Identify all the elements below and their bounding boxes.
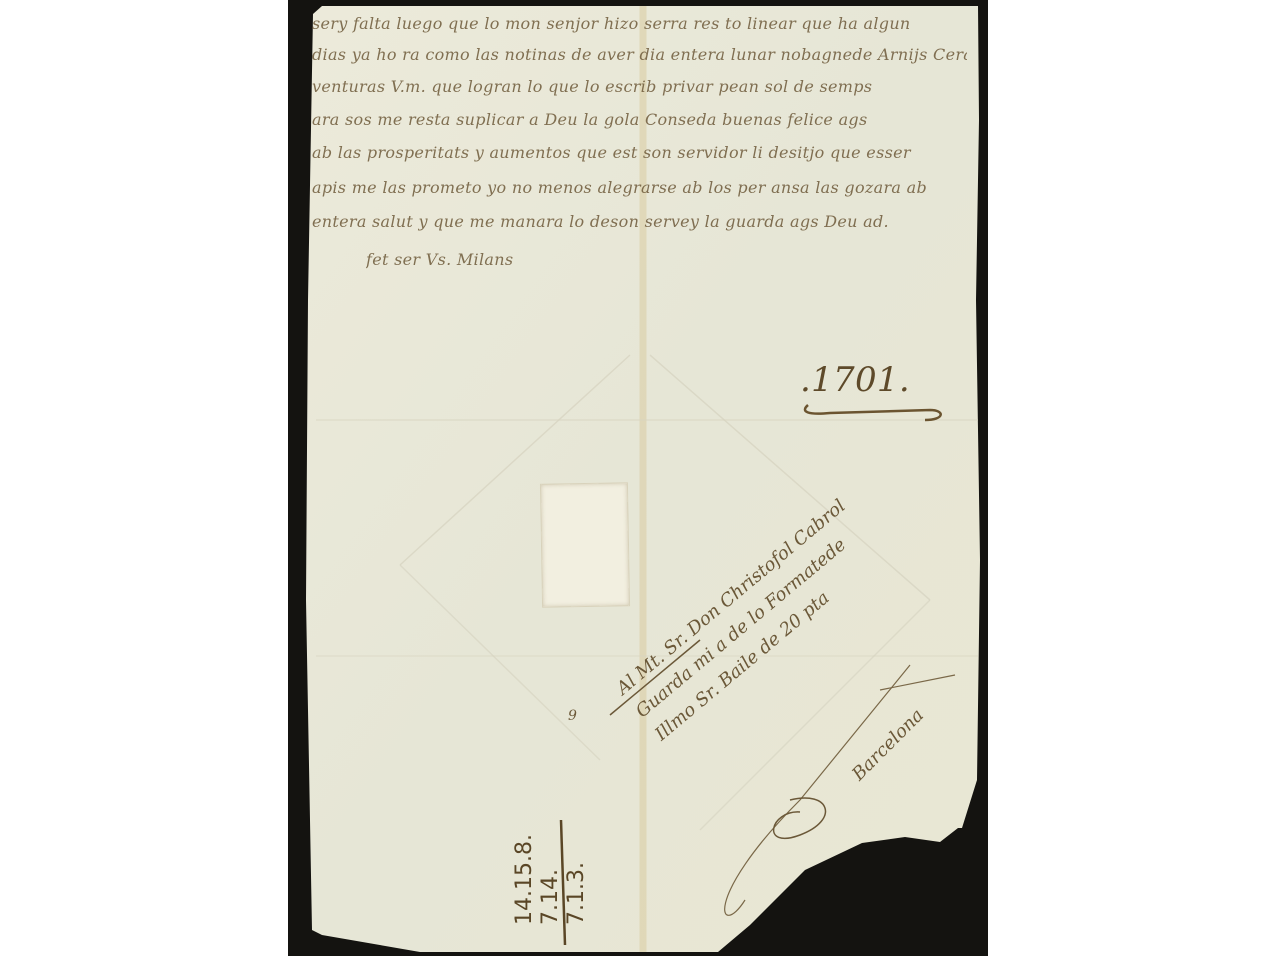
letter-line-4: ara sos me resta suplicar a Deu la gola … [312, 110, 967, 129]
margin-number-2: 7.14. [538, 834, 564, 925]
letter-line-6: apis me las prometo yo no menos alegrars… [312, 178, 967, 197]
letter-signature: fet ser Vs. Milans [366, 250, 666, 269]
letter-line-3: venturas V.m. que logran lo que lo escri… [312, 77, 967, 96]
year-annotation: .1701. [800, 360, 910, 400]
paper-patch [540, 482, 630, 608]
letter-line-7: entera salut y que me manara lo deson se… [312, 212, 967, 231]
page-mark: 9 [568, 708, 577, 724]
letter-paper: sery falta luego que lo mon senjor hizo … [0, 0, 1276, 956]
letter-line-2: dias ya ho ra como las notinas de aver d… [312, 45, 967, 64]
margin-number-3: 7.1.3. [564, 834, 590, 925]
letter-line-5: ab las prosperitats y aumentos que est s… [312, 143, 967, 162]
margin-numbers: 14.15.8. 7.14. 7.1.3. [512, 834, 590, 925]
margin-number-1: 14.15.8. [512, 834, 538, 925]
letter-line-1: sery falta luego que lo mon senjor hizo … [312, 14, 967, 33]
